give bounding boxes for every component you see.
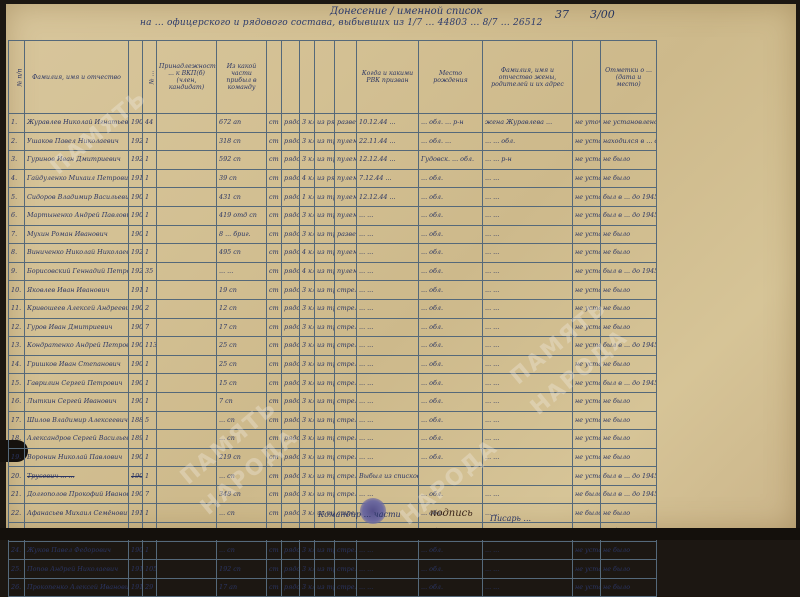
cell-edu: 1 кл.	[300, 188, 315, 207]
cell-party	[157, 281, 217, 300]
cell-rvk: 10.12.44 ...	[357, 114, 419, 133]
cell-year: 1910	[129, 504, 143, 523]
cell-n: 14.	[9, 355, 25, 374]
cell-year: 1905	[129, 188, 143, 207]
cell-reason: не было	[573, 485, 601, 504]
cell-reason: не установл.	[573, 448, 601, 467]
cell-edu: 3 кл.	[300, 299, 315, 318]
cell-note: не было	[601, 448, 657, 467]
cell-note: был в ... до 1945г.	[601, 485, 657, 504]
cell-edu: 3 кл.	[300, 206, 315, 225]
cell-draft: из тр.	[315, 485, 335, 504]
cell-party	[157, 355, 217, 374]
column-header: Воинское звание	[267, 41, 282, 114]
cell-n: 20.	[9, 467, 25, 486]
cell-name: Гаврилин Сергей Петрович	[25, 374, 129, 393]
cell-draft: из тр.	[315, 318, 335, 337]
cell-unit: 25 сп	[217, 355, 267, 374]
cell-reason: не было	[573, 504, 601, 523]
cell-no: 7	[143, 318, 157, 337]
cell-name: Воронин Николай Павлович	[25, 448, 129, 467]
cell-unit: 592 сп	[217, 151, 267, 170]
cell-name: Шилов Владимир Алексеевич	[25, 411, 129, 430]
table-row: 19.Воронин Николай Павлович19041219 спст…	[9, 448, 657, 467]
column-header-label: Когда и какими РВК призван	[362, 70, 413, 84]
cell-post: рядов.	[282, 114, 300, 133]
cell-draft: из тр.	[315, 392, 335, 411]
cell-no: 1	[143, 355, 157, 374]
cell-spec: пулемётч.	[335, 132, 357, 151]
column-header: Причина выбытия	[573, 41, 601, 114]
cell-party	[157, 206, 217, 225]
cell-unit: 19 сп	[217, 281, 267, 300]
cell-year: 1910	[129, 169, 143, 188]
cell-spec: пулемётч.	[335, 151, 357, 170]
cell-rvk: 7.12.44 ...	[357, 169, 419, 188]
cell-spec: стрелок	[335, 430, 357, 449]
cell-n: 22.	[9, 504, 25, 523]
cell-n: 1.	[9, 114, 25, 133]
column-header: Год призыва	[315, 41, 335, 114]
scan-bottom-edge	[0, 528, 800, 540]
cell-rank: ст	[267, 504, 282, 523]
cell-name: Долгополов Прокофий Иванович	[25, 485, 129, 504]
cell-unit: 419 отд сп	[217, 206, 267, 225]
cell-rank: ст	[267, 355, 282, 374]
cell-n: 5.	[9, 188, 25, 207]
cell-rank: ст	[267, 485, 282, 504]
cell-reason: не установл.	[573, 430, 601, 449]
cell-family: ... ...	[483, 411, 573, 430]
page-number: 37	[555, 8, 569, 21]
cell-edu: 3 кл.	[300, 430, 315, 449]
cell-no: 35	[143, 262, 157, 281]
cell-no: 44	[143, 114, 157, 133]
cell-spec: разведчик	[335, 225, 357, 244]
cell-n: 4.	[9, 169, 25, 188]
cell-party	[157, 169, 217, 188]
cell-draft: из тр.	[315, 132, 335, 151]
cell-birth: ... обл. ... р-н	[419, 114, 483, 133]
column-header-label: Из какой части прибыл в команду	[226, 63, 256, 91]
cell-post: рядов.	[282, 262, 300, 281]
cell-unit: 25 сп	[217, 337, 267, 356]
cell-rvk: ... ...	[357, 374, 419, 393]
cell-note: не было	[601, 411, 657, 430]
cell-name: Кондратенко Андрей Петрович	[25, 337, 129, 356]
cell-unit: 672 ап	[217, 114, 267, 133]
cell-year: 1905	[129, 355, 143, 374]
cell-party	[157, 151, 217, 170]
table-row: 10.Яковлев Иван Иванович1910119 спстрядо…	[9, 281, 657, 300]
cell-birth: ... обл.	[419, 225, 483, 244]
cell-rank: ст	[267, 337, 282, 356]
cell-edu: 4 кл.	[300, 262, 315, 281]
cell-reason: не установл.	[573, 262, 601, 281]
cell-name: Яковлев Иван Иванович	[25, 281, 129, 300]
column-header-label: Принадлежность ... к ВКП(б) (член, канди…	[159, 63, 217, 91]
cell-reason: не установл.	[573, 151, 601, 170]
cell-draft: из рядов	[315, 169, 335, 188]
cell-draft: из рядов	[315, 114, 335, 133]
cell-draft: из тр.	[315, 206, 335, 225]
cell-rvk: ... ...	[357, 448, 419, 467]
column-header: Отметки о ... (дата и место)	[601, 41, 657, 114]
cell-post: рядов.	[282, 392, 300, 411]
cell-no: 7	[143, 485, 157, 504]
cell-rank: ст	[267, 374, 282, 393]
cell-party	[157, 337, 217, 356]
cell-rvk: ... ...	[357, 244, 419, 263]
cell-birth: ... обл.	[419, 169, 483, 188]
column-header: Специальность	[335, 41, 357, 114]
cell-note: не было	[601, 281, 657, 300]
cell-year: 1904	[129, 448, 143, 467]
cell-no: 1	[143, 392, 157, 411]
cell-family: ... ...	[483, 225, 573, 244]
column-header-label: № п/п	[16, 68, 23, 86]
cell-year: 1924	[129, 262, 143, 281]
column-header: Принадлежность ... к ВКП(б) (член, канди…	[157, 41, 217, 114]
cell-no: 2	[143, 299, 157, 318]
cell-post: рядов.	[282, 132, 300, 151]
cell-note: был в ... до 1945г.	[601, 206, 657, 225]
cell-no: 113	[143, 337, 157, 356]
cell-rank: ст	[267, 299, 282, 318]
cell-edu: 3 кл.	[300, 114, 315, 133]
cell-spec: стрелок	[335, 448, 357, 467]
cell-no: 1	[143, 430, 157, 449]
commander-label: Командир ... части	[318, 510, 401, 519]
cell-birth: ... обл.	[419, 244, 483, 263]
cell-year: 1909	[129, 374, 143, 393]
cell-edu: 4 кл.	[300, 169, 315, 188]
cell-birth: Гудовск. ... обл.	[419, 151, 483, 170]
cell-reason: не установл.	[573, 467, 601, 486]
cell-reason: не установл.	[573, 411, 601, 430]
cell-draft: из тр.	[315, 374, 335, 393]
cell-rank: ст	[267, 318, 282, 337]
cell-rank: ст	[267, 206, 282, 225]
cell-n: 8.	[9, 244, 25, 263]
cell-edu: 3 кл.	[300, 225, 315, 244]
cell-rvk: ... ...	[357, 337, 419, 356]
column-header: Из какой части прибыл в команду	[217, 41, 267, 114]
cell-n: 6.	[9, 206, 25, 225]
cell-party	[157, 392, 217, 411]
table-row: 4.Гайдуленко Михаил Петрович1910139 спст…	[9, 169, 657, 188]
cell-birth: ... обл.	[419, 188, 483, 207]
cell-edu: 3 кл.	[300, 132, 315, 151]
cell-year: 1925	[129, 244, 143, 263]
cell-note: не было	[601, 430, 657, 449]
cell-note: не было	[601, 169, 657, 188]
cell-name: Кривошеев Алексей Андреевич	[25, 299, 129, 318]
table-row: 8.Виниченко Николай Николаевич19251495 с…	[9, 244, 657, 263]
cell-no: 1	[143, 206, 157, 225]
column-header: Когда и какими РВК призван	[357, 41, 419, 114]
cell-rvk: ... ...	[357, 262, 419, 281]
cell-rvk: ... ...	[357, 430, 419, 449]
cell-note: не было	[601, 392, 657, 411]
cell-rvk: ... ...	[357, 206, 419, 225]
cell-birth: ... обл.	[419, 392, 483, 411]
cell-name: Сидоров Владимир Васильевич	[25, 188, 129, 207]
cell-name: Борисовский Геннадий Петрович	[25, 262, 129, 281]
cell-n: 13.	[9, 337, 25, 356]
cell-post: рядов.	[282, 206, 300, 225]
cell-year: 1925	[129, 132, 143, 151]
cell-edu: 3 кл.	[300, 374, 315, 393]
cell-rank: ст	[267, 281, 282, 300]
cell-note: не было	[601, 244, 657, 263]
cell-spec: пулемётч.	[335, 262, 357, 281]
cell-edu: 3 кл.	[300, 151, 315, 170]
cell-draft: из тр.	[315, 262, 335, 281]
cell-n: 15.	[9, 374, 25, 393]
column-header: Должность	[282, 41, 300, 114]
cell-edu: 3 кл.	[300, 504, 315, 523]
cell-n: 19.	[9, 448, 25, 467]
cell-family: ... ...	[483, 485, 573, 504]
cell-year: 1883	[129, 411, 143, 430]
cell-spec: пулемётч.	[335, 169, 357, 188]
cell-draft: из тр.	[315, 299, 335, 318]
cell-party	[157, 188, 217, 207]
cell-draft: из тр.	[315, 337, 335, 356]
cell-edu: 3 кл.	[300, 467, 315, 486]
column-header: № п/п	[9, 41, 25, 114]
cell-note: был в ... до 1945г.	[601, 374, 657, 393]
cell-note: был в ... до 1945г.	[601, 188, 657, 207]
column-header-label: Фамилия, имя и отчество жены, родителей …	[491, 67, 564, 88]
cell-rank: ст	[267, 225, 282, 244]
cell-rank: ст	[267, 188, 282, 207]
cell-rvk: 12.12.44 ...	[357, 188, 419, 207]
cell-post: рядов.	[282, 188, 300, 207]
table-row: 9.Борисовский Геннадий Петрович192435...…	[9, 262, 657, 281]
table-row: 3.Гуринов Иван Дмитриевич19251592 спстря…	[9, 151, 657, 170]
cell-draft: из тр.	[315, 448, 335, 467]
cell-year: 1901	[129, 485, 143, 504]
cell-rank: ст	[267, 151, 282, 170]
cell-post: рядов.	[282, 485, 300, 504]
cell-post: рядов.	[282, 299, 300, 318]
cell-unit: 495 сп	[217, 244, 267, 263]
cell-spec: стрелок	[335, 355, 357, 374]
cell-spec: пулемётч.	[335, 244, 357, 263]
cell-post: рядов.	[282, 374, 300, 393]
cell-spec: стрелок	[335, 467, 357, 486]
cell-unit: 15 сп	[217, 374, 267, 393]
cell-name: Афанасьев Михаил Семёнович	[25, 504, 129, 523]
cell-rank: ст	[267, 262, 282, 281]
cell-note: был в ... до 1945г.	[601, 467, 657, 486]
cell-family	[483, 467, 573, 486]
cell-rvk: ... ...	[357, 318, 419, 337]
cell-rank: ст	[267, 244, 282, 263]
cell-edu: 3 кл.	[300, 355, 315, 374]
cell-draft: из тр.	[315, 411, 335, 430]
cell-unit: 39 сп	[217, 169, 267, 188]
cell-edu: 3 кл.	[300, 411, 315, 430]
table-row: 21.Долгополов Прокофий Иванович19017348 …	[9, 485, 657, 504]
cell-n: 11.	[9, 299, 25, 318]
cell-edu: 3 кл.	[300, 337, 315, 356]
cell-party	[157, 132, 217, 151]
cell-n: 3.	[9, 151, 25, 170]
cell-party	[157, 244, 217, 263]
cell-spec: стрелок	[335, 281, 357, 300]
cell-name: Гайдуленко Михаил Петрович	[25, 169, 129, 188]
table-row: 18.Александров Сергей Васильевич18951...…	[9, 430, 657, 449]
cell-post: рядов.	[282, 225, 300, 244]
column-header: Образование	[300, 41, 315, 114]
cell-year: 1902	[129, 318, 143, 337]
cell-year: 1900	[129, 467, 143, 486]
cell-no: 1	[143, 448, 157, 467]
cell-spec: разведчик	[335, 114, 357, 133]
cell-family: ... ... р-н	[483, 151, 573, 170]
column-header-label: Отметки о ... (дата и место)	[605, 67, 652, 88]
cell-n: 7.	[9, 225, 25, 244]
cell-birth: ... обл.	[419, 281, 483, 300]
cell-unit: 318 сп	[217, 132, 267, 151]
cell-draft: из тр.	[315, 467, 335, 486]
cell-post: рядов.	[282, 337, 300, 356]
column-header-label: Фамилия, имя и отчество	[32, 74, 121, 81]
cell-note: не установлено	[601, 114, 657, 133]
cell-year: 1905	[129, 225, 143, 244]
cell-name: Трусевич ... ...	[25, 467, 129, 486]
table-row: 17.Шилов Владимир Алексеевич18835... спс…	[9, 411, 657, 430]
cell-n: 17.	[9, 411, 25, 430]
cell-rvk: 12.12.44 ...	[357, 151, 419, 170]
cell-spec: стрелок	[335, 337, 357, 356]
cell-name: Лыткин Сергей Иванович	[25, 392, 129, 411]
cell-draft: из тр.	[315, 225, 335, 244]
cell-unit: 8 ... бриг.	[217, 225, 267, 244]
cell-edu: 3 кл.	[300, 318, 315, 337]
cell-name: Александров Сергей Васильевич	[25, 430, 129, 449]
cell-no: 1	[143, 225, 157, 244]
cell-spec: стрелок	[335, 411, 357, 430]
cell-n: 12.	[9, 318, 25, 337]
cell-no: 1	[143, 467, 157, 486]
document-subtitle: на ... офицерского и рядового состава, в…	[140, 18, 543, 28]
column-header: Фамилия, имя и отчество жены, родителей …	[483, 41, 573, 114]
cell-party	[157, 114, 217, 133]
cell-edu: 3 кл.	[300, 485, 315, 504]
cell-family: ... ...	[483, 169, 573, 188]
cell-note: был в ... до 1945г.	[601, 262, 657, 281]
cell-unit: 12 сп	[217, 299, 267, 318]
cell-edu: 3 кл.	[300, 392, 315, 411]
cell-draft: из тр.	[315, 188, 335, 207]
cell-name: Гришков Иван Степанович	[25, 355, 129, 374]
cell-birth: ... обл.	[419, 374, 483, 393]
table-row: 20.Трусевич ... ...19001... спстрядов.3 …	[9, 467, 657, 486]
cell-note: находился в ... до 1945г.	[601, 132, 657, 151]
cell-note: не было	[601, 225, 657, 244]
cell-reason: не установл.	[573, 206, 601, 225]
sheet-number: 3/00	[590, 8, 615, 21]
cell-reason: не установл.	[573, 188, 601, 207]
cell-n: 10.	[9, 281, 25, 300]
cell-party	[157, 262, 217, 281]
cell-year: 1895	[129, 430, 143, 449]
cell-unit: 431 сп	[217, 188, 267, 207]
cell-spec: пулемётч.	[335, 206, 357, 225]
cell-draft: из тр.	[315, 430, 335, 449]
cell-party	[157, 225, 217, 244]
cell-n: 2.	[9, 132, 25, 151]
cell-name: Мухин Роман Иванович	[25, 225, 129, 244]
cell-post: рядов.	[282, 151, 300, 170]
cell-rank: ст	[267, 114, 282, 133]
cell-birth: ... обл.	[419, 411, 483, 430]
cell-year: 1910	[129, 281, 143, 300]
cell-spec: пулемётч.	[335, 188, 357, 207]
cell-reason: не уточнено	[573, 114, 601, 133]
cell-edu: 3 кл.	[300, 281, 315, 300]
cell-rvk: 22.11.44 ...	[357, 132, 419, 151]
cell-rvk: ... ...	[357, 299, 419, 318]
cell-year: 1907	[129, 299, 143, 318]
cell-post: рядов.	[282, 318, 300, 337]
cell-spec: стрелок	[335, 392, 357, 411]
cell-party	[157, 411, 217, 430]
table-row: 6.Мартыненко Андрей Павлович19061419 отд…	[9, 206, 657, 225]
cell-party	[157, 299, 217, 318]
cell-rvk: ... ...	[357, 355, 419, 374]
cell-spec: стрелок	[335, 374, 357, 393]
cell-year: 1906	[129, 206, 143, 225]
cell-reason: не установл.	[573, 244, 601, 263]
cell-reason: не установл.	[573, 392, 601, 411]
cell-family: ... ...	[483, 299, 573, 318]
cell-no: 1	[143, 151, 157, 170]
cell-no: 1	[143, 281, 157, 300]
cell-year: 1925	[129, 151, 143, 170]
cell-name: Мартыненко Андрей Павлович	[25, 206, 129, 225]
cell-birth: ... обл.	[419, 337, 483, 356]
cell-rvk: ... ...	[357, 225, 419, 244]
cell-spec: стрелок	[335, 485, 357, 504]
cell-reason: не установл.	[573, 132, 601, 151]
cell-note: не было	[601, 151, 657, 170]
cell-reason: не установл.	[573, 169, 601, 188]
table-row: 5.Сидоров Владимир Васильевич19051431 сп…	[9, 188, 657, 207]
cell-rvk: ... ...	[357, 281, 419, 300]
cell-year: 1900	[129, 392, 143, 411]
table-row: 11.Кривошеев Алексей Андреевич1907212 сп…	[9, 299, 657, 318]
cell-no: 1	[143, 504, 157, 523]
cell-birth: ... обл.	[419, 206, 483, 225]
cell-birth: ... обл. ...	[419, 132, 483, 151]
cell-name: Гуров Иван Дмитриевич	[25, 318, 129, 337]
column-header-label: Место рождения	[433, 70, 467, 84]
cell-draft: из тр.	[315, 355, 335, 374]
cell-n: 21.	[9, 485, 25, 504]
cell-family: ... ...	[483, 262, 573, 281]
cell-party	[157, 318, 217, 337]
cell-year: 1900	[129, 337, 143, 356]
cell-birth: ... обл.	[419, 262, 483, 281]
cell-note: не было	[601, 504, 657, 523]
table-header-row: № п/пФамилия, имя и отчествоГод рождения…	[9, 41, 657, 114]
cell-rank: ст	[267, 132, 282, 151]
